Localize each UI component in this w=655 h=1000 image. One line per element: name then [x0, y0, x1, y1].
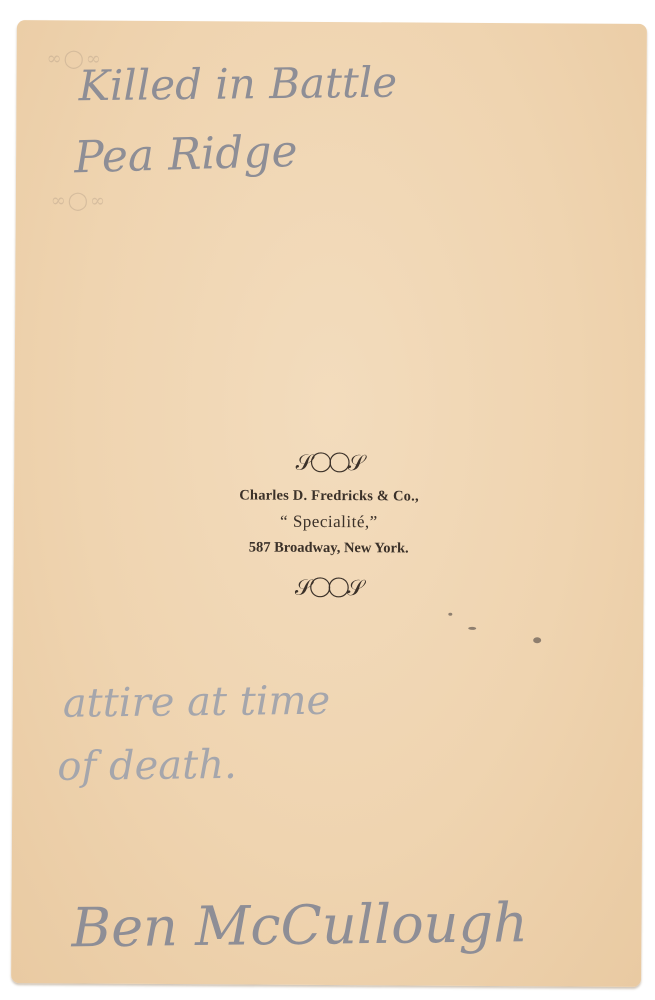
faint-ornament-icon: ∞◯∞	[51, 190, 107, 211]
stain-spot	[468, 627, 476, 630]
inscription-attire-at-time: attire at time	[63, 678, 331, 727]
signature-ben-mccullough: Ben McCullough	[71, 891, 528, 959]
photographer-imprint: 𝒮◯◯𝒮 Charles D. Fredricks & Co., “ Speci…	[13, 448, 644, 603]
inscription-killed-in-battle: Killed in Battle	[78, 58, 397, 111]
flourish-ornament-icon: 𝒮◯◯𝒮	[14, 448, 644, 478]
photograph-card-back: ∞◯∞ ∞◯∞ Killed in Battle Pea Ridge 𝒮◯◯𝒮 …	[11, 20, 647, 987]
inscription-pea-ridge: Pea Ridge	[73, 126, 298, 183]
flourish-ornament-icon: 𝒮◯◯𝒮	[13, 573, 643, 603]
stain-spot	[533, 637, 541, 643]
stain-spot	[448, 613, 452, 616]
inscription-of-death: of death.	[57, 742, 237, 790]
studio-name: Charles D. Fredricks & Co.,	[14, 486, 644, 507]
studio-address: 587 Broadway, New York.	[14, 538, 644, 559]
studio-tagline: “ Specialité,”	[14, 510, 644, 534]
